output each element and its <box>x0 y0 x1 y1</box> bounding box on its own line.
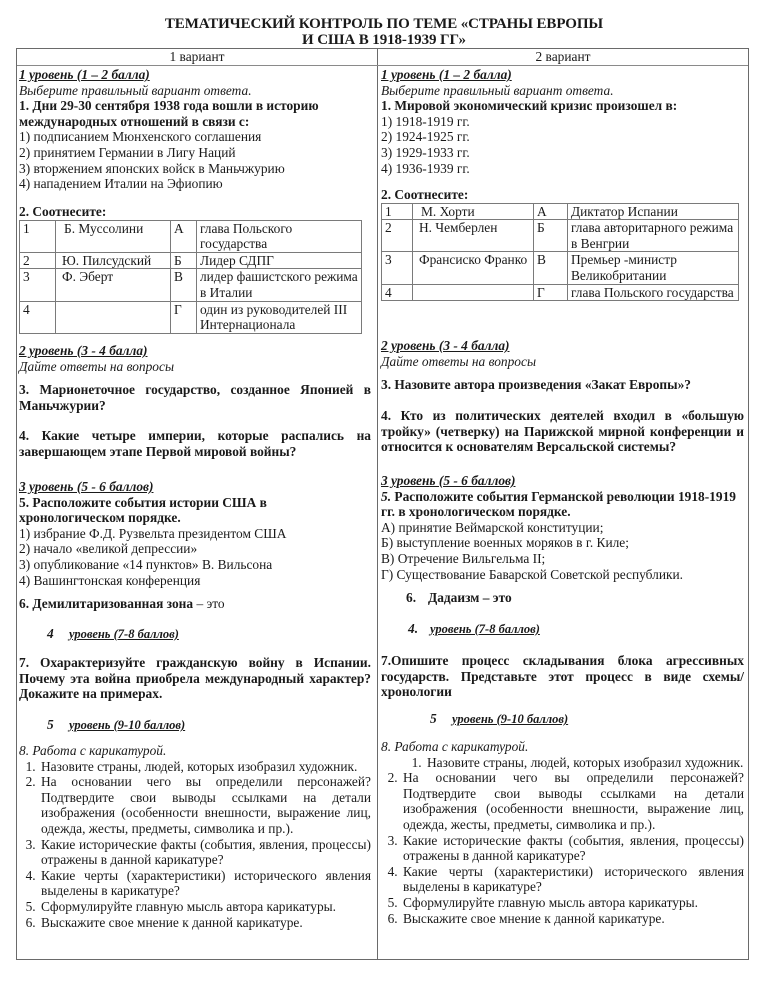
role-description: Лидер СДПГ <box>197 252 362 269</box>
row-number: 2 <box>20 252 56 269</box>
matching-table: 1 Б. Муссолини А глава Польского государ… <box>19 220 362 334</box>
level-5-label: уровень (9-10 баллов) <box>452 712 568 726</box>
row-number: 1 <box>20 220 56 252</box>
variant-1-column: 1 уровень (1 – 2 балла) Выберите правиль… <box>19 66 371 959</box>
caricature-task: Какие исторические факты (события, явлен… <box>401 833 744 864</box>
caricature-task: Выскажите свое мнение к данной карикатур… <box>401 911 744 927</box>
person-name: Ю. Пилсудский <box>56 252 171 269</box>
question-1-option: 4) нападением Италии на Эфиопию <box>19 176 371 192</box>
question-4-text: 4. Кто из политических деятелей входил в… <box>381 408 744 455</box>
caricature-task: Выскажите свое мнение к данной карикатур… <box>39 915 371 931</box>
question-8-title: 8. Работа с карикатурой. <box>19 743 371 759</box>
caricature-task: Какие черты (характеристики) историческо… <box>401 864 744 895</box>
row-letter: Б <box>171 252 197 269</box>
variant-1-header: 1 вариант <box>17 49 377 65</box>
level-1-label: 1 уровень (1 – 2 балла) <box>381 67 744 83</box>
level-4-label: уровень (7-8 баллов) <box>430 622 540 636</box>
row-letter: А <box>534 203 568 220</box>
question-6: 6. Демилитаризованная зона – это <box>19 596 371 612</box>
question-8: 8. Работа с карикатурой. Назовите страны… <box>381 739 744 926</box>
level-4-label: уровень (7-8 баллов) <box>69 627 179 641</box>
question-5: Расположите события Германской революции… <box>381 489 736 520</box>
question-4-text: 4. Какие четыре империи, которые распали… <box>19 428 371 459</box>
role-description: глава Польского государства <box>568 284 739 301</box>
question-2-text: 2. Соотнесите: <box>381 187 744 203</box>
row-letter: В <box>534 252 568 284</box>
row-letter: Б <box>534 220 568 252</box>
variant-2-column: 1 уровень (1 – 2 балла) Выберите правиль… <box>381 66 744 959</box>
caricature-task: Сформулируйте главную мысль автора карик… <box>39 899 371 915</box>
matching-row: 2 Н. Чемберлен Б глава авторитарного реж… <box>382 220 739 252</box>
row-letter: А <box>171 220 197 252</box>
question-7: 7. Охарактеризуйте гражданскую войну в И… <box>19 655 371 702</box>
question-1: 1. Мировой экономический кризис произоше… <box>381 98 744 114</box>
person-name: Н. Чемберлен <box>413 220 534 252</box>
caricature-task: Какие черты (характеристики) историческо… <box>39 868 371 899</box>
question-6-number: 6. <box>406 590 428 606</box>
question-5-item: В) Отречение Вильгельма II; <box>381 551 744 567</box>
row-letter: Г <box>534 284 568 301</box>
role-description: Диктатор Испании <box>568 203 739 220</box>
person-name: Франсиско Франко <box>413 252 534 284</box>
level-5-label: уровень (9-10 баллов) <box>69 718 185 732</box>
person-name: Б. Муссолини <box>56 220 171 252</box>
caricature-task: Назовите страны, людей, которых изобрази… <box>39 759 371 775</box>
header-row: 1 вариант 2 вариант <box>17 49 748 66</box>
question-3-text: 3. Назовите автора произведения «Закат Е… <box>381 377 744 393</box>
role-description: глава авторитарного режима в Венгрии <box>568 220 739 252</box>
row-number: 3 <box>20 269 56 301</box>
question-5-item: А) принятие Веймарской конституции; <box>381 520 744 536</box>
caricature-task-list: Назовите страны, людей, которых изобрази… <box>381 755 744 927</box>
level-1-instruction: Выберите правильный вариант ответа. <box>381 83 744 99</box>
matching-row: 1 М. Хорти А Диктатор Испании <box>382 203 739 220</box>
variant-2-header: 2 вариант <box>378 49 748 65</box>
level-2-section: 2 уровень (3 - 4 балла) Дайте ответы на … <box>19 343 371 374</box>
level-4-number: 4. <box>408 621 430 637</box>
level-1-instruction: Выберите правильный вариант ответа. <box>19 83 371 99</box>
title-line-1: ТЕМАТИЧЕСКИЙ КОНТРОЛЬ ПО ТЕМЕ «СТРАНЫ ЕВ… <box>0 16 768 32</box>
row-number: 3 <box>382 252 413 284</box>
role-description: лидер фашистского режима в Италии <box>197 269 362 301</box>
question-6-term: 6. Демилитаризованная зона <box>19 596 193 611</box>
question-2: 2. Соотнесите: 1 М. Хорти А Диктатор Исп… <box>381 187 744 301</box>
caricature-task-list: Назовите страны, людей, которых изобрази… <box>19 759 371 931</box>
question-2: 2. Соотнесите: 1 Б. Муссолини А глава По… <box>19 204 371 334</box>
question-6: 6.Дадаизм – это <box>381 590 744 606</box>
row-number: 4 <box>382 284 413 301</box>
question-5-item: 1) избрание Ф.Д. Рузвельта президентом С… <box>19 526 371 542</box>
level-2-instruction: Дайте ответы на вопросы <box>19 359 371 375</box>
question-7: 7.Опишите процесс складывания блока агре… <box>381 653 744 700</box>
caricature-task: На основании чего вы определили персонаж… <box>401 770 744 832</box>
question-8-title: 8. Работа с карикатурой. <box>381 739 744 755</box>
matching-row: 2 Ю. Пилсудский Б Лидер СДПГ <box>20 252 362 269</box>
question-5-item: Г) Существование Баварской Советской рес… <box>381 567 744 583</box>
level-5-number: 5 <box>430 711 452 727</box>
question-3-text: 3. Марионеточное государство, созданное … <box>19 382 371 413</box>
column-divider <box>377 49 378 959</box>
matching-table: 1 М. Хорти А Диктатор Испании 2 Н. Чембе… <box>381 203 739 302</box>
question-7-text: 7. Охарактеризуйте гражданскую войну в И… <box>19 655 371 702</box>
level-4-number: 4 <box>47 626 69 642</box>
caricature-task: Назовите страны, людей, которых изобрази… <box>425 755 744 771</box>
question-5-item: Б) выступление военных моряков в г. Киле… <box>381 535 744 551</box>
question-1-option: 4) 1936-1939 гг. <box>381 161 744 177</box>
matching-row: 4 Г один из руководителей III Интернацио… <box>20 301 362 333</box>
level-5-section: 5уровень (9-10 баллов) <box>19 717 371 734</box>
row-number: 1 <box>382 203 413 220</box>
question-1-option: 2) принятием Германии в Лигу Наций <box>19 145 371 161</box>
question-1-option: 3) вторжением японских войск в Маньчжури… <box>19 161 371 177</box>
role-description: глава Польского государства <box>197 220 362 252</box>
level-1-section: 1 уровень (1 – 2 балла) Выберите правиль… <box>381 67 744 176</box>
test-table: 1 вариант 2 вариант 1 уровень (1 – 2 бал… <box>16 48 749 960</box>
matching-row: 4 Г глава Польского государства <box>382 284 739 301</box>
question-8: 8. Работа с карикатурой. Назовите страны… <box>19 743 371 930</box>
level-4-section: 4.уровень (7-8 баллов) <box>381 621 744 638</box>
row-letter: Г <box>171 301 197 333</box>
role-description: один из руководителей III Интернационала <box>197 301 362 333</box>
document-title: ТЕМАТИЧЕСКИЙ КОНТРОЛЬ ПО ТЕМЕ «СТРАНЫ ЕВ… <box>0 16 768 48</box>
question-1-option: 2) 1924-1925 гг. <box>381 129 744 145</box>
question-7-text: 7.Опишите процесс складывания блока агре… <box>381 653 744 700</box>
person-name: М. Хорти <box>413 203 534 220</box>
level-2-label: 2 уровень (3 - 4 балла) <box>381 338 744 354</box>
question-5-item: 4) Вашингтонская конференция <box>19 573 371 589</box>
question-1-option: 3) 1929-1933 гг. <box>381 145 744 161</box>
question-3: 3. Марионеточное государство, созданное … <box>19 382 371 413</box>
level-4-section: 4уровень (7-8 баллов) <box>19 626 371 643</box>
level-5-section: 5уровень (9-10 баллов) <box>381 711 744 728</box>
question-6-rest: – это <box>193 596 225 611</box>
question-4: 4. Кто из политических деятелей входил в… <box>381 408 744 455</box>
person-name <box>56 301 171 333</box>
level-2-instruction: Дайте ответы на вопросы <box>381 354 744 370</box>
row-letter: В <box>171 269 197 301</box>
level-3-section: 3 уровень (5 - 6 баллов) 5. Расположите … <box>381 473 744 582</box>
matching-row: 3 Франсиско Франко В Премьер -министр Ве… <box>382 252 739 284</box>
question-1-option: 1) подписанием Мюнхенского соглашения <box>19 129 371 145</box>
person-name: Ф. Эберт <box>56 269 171 301</box>
level-3-section: 3 уровень (5 - 6 баллов) 5. Расположите … <box>19 479 371 588</box>
question-1: 1. Дни 29-30 сентября 1938 года вошли в … <box>19 98 371 129</box>
matching-row: 1 Б. Муссолини А глава Польского государ… <box>20 220 362 252</box>
title-line-2: И США В 1918-1939 ГГ» <box>0 32 768 48</box>
row-number: 4 <box>20 301 56 333</box>
question-5-item: 2) начало «великой депрессии» <box>19 541 371 557</box>
row-number: 2 <box>382 220 413 252</box>
level-1-label: 1 уровень (1 – 2 балла) <box>19 67 371 83</box>
question-5-item: 3) опубликование «14 пунктов» В. Вильсон… <box>19 557 371 573</box>
caricature-task: На основании чего вы определили персонаж… <box>39 774 371 836</box>
level-2-label: 2 уровень (3 - 4 балла) <box>19 343 371 359</box>
matching-row: 3 Ф. Эберт В лидер фашистского режима в … <box>20 269 362 301</box>
level-5-number: 5 <box>47 717 69 733</box>
question-3: 3. Назовите автора произведения «Закат Е… <box>381 377 744 393</box>
level-2-section: 2 уровень (3 - 4 балла) Дайте ответы на … <box>381 338 744 369</box>
question-2-text: 2. Соотнесите: <box>19 204 371 220</box>
question-1-option: 1) 1918-1919 гг. <box>381 114 744 130</box>
level-3-label: 3 уровень (5 - 6 баллов) <box>19 479 371 495</box>
caricature-task: Какие исторические факты (события, явлен… <box>39 837 371 868</box>
question-4: 4. Какие четыре империи, которые распали… <box>19 428 371 459</box>
role-description: Премьер -министр Великобритании <box>568 252 739 284</box>
question-5: 5. Расположите события истории США в хро… <box>19 495 319 526</box>
level-3-label: 3 уровень (5 - 6 баллов) <box>381 473 744 489</box>
question-5-number: 5. <box>381 489 391 504</box>
caricature-task: Сформулируйте главную мысль автора карик… <box>401 895 744 911</box>
question-6-text: Дадаизм – это <box>428 590 512 605</box>
person-name <box>413 284 534 301</box>
level-1-section: 1 уровень (1 – 2 балла) Выберите правиль… <box>19 67 371 192</box>
